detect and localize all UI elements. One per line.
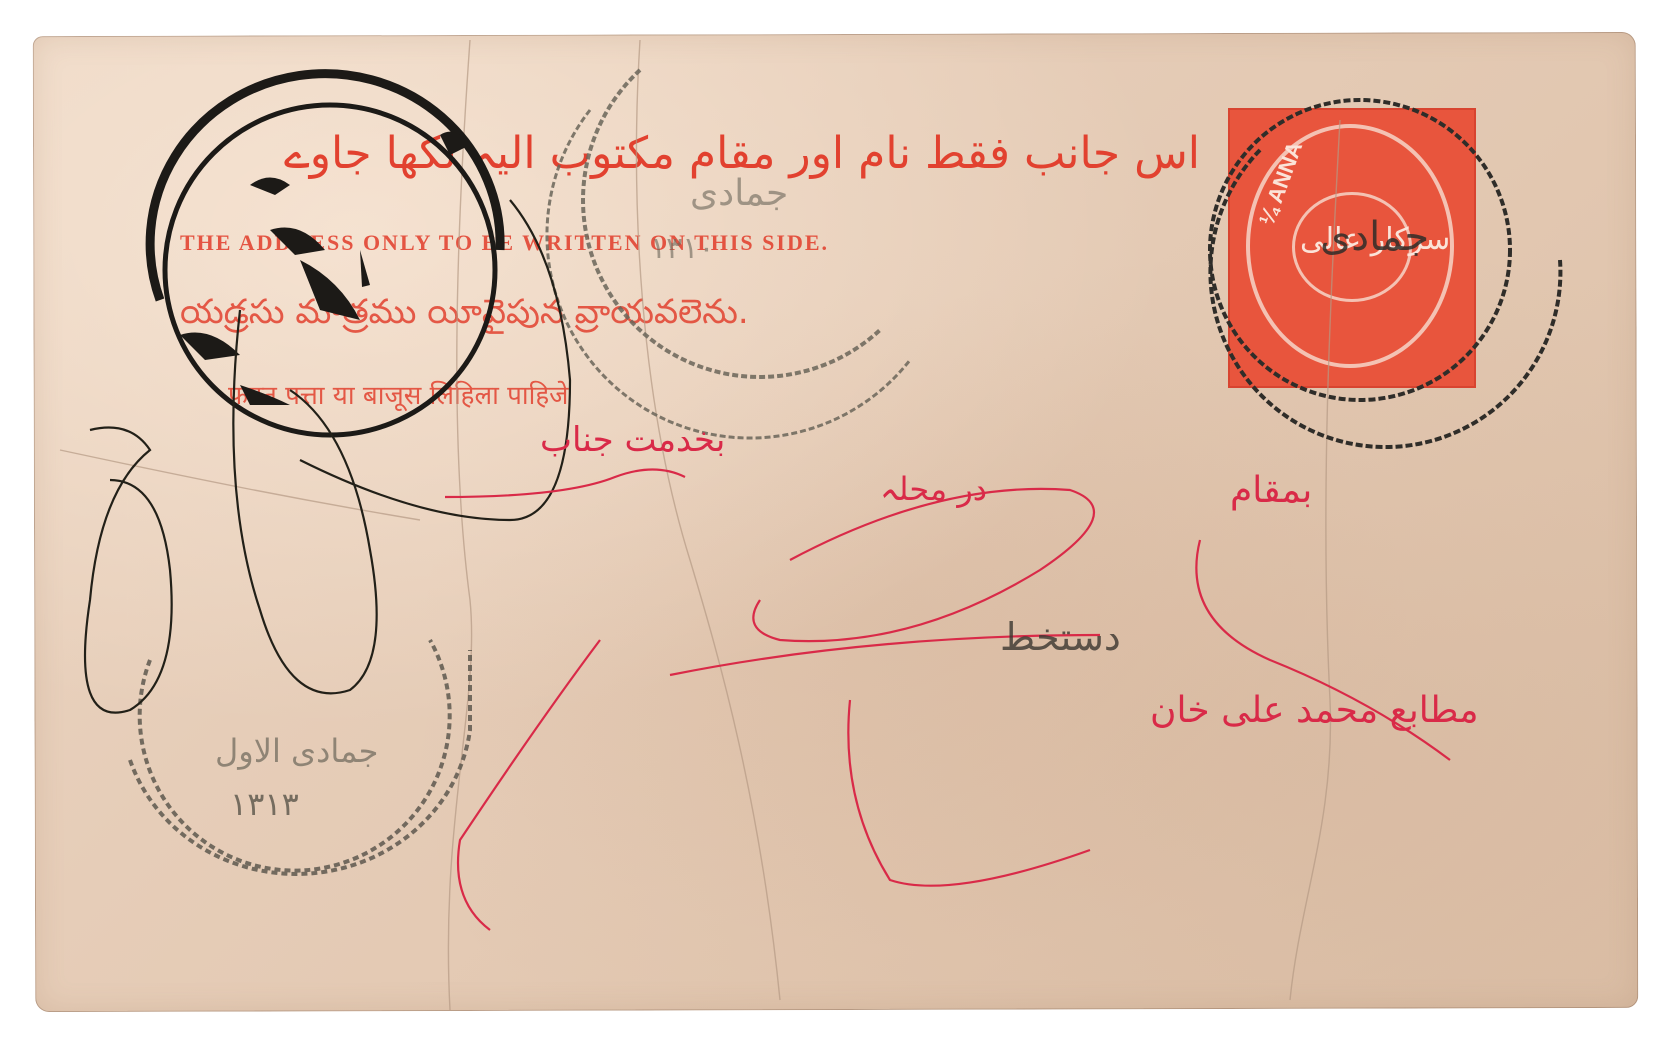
- handwritten-line-2: در محلہ: [880, 470, 987, 508]
- handwritten-line-1: بخدمت جناب: [540, 420, 725, 460]
- postmark-top-left-glyphs: [180, 132, 470, 405]
- handwritten-line-3: مطابع محمد علی خان: [1150, 690, 1479, 731]
- svg-text:١٣١٣: ١٣١٣: [230, 785, 299, 823]
- postmark-top-center: [547, 70, 910, 438]
- postmark-top-center-text: جمادی: [690, 173, 788, 214]
- handwritten-line-4: بمقام: [1230, 470, 1312, 511]
- markings-layer: جمادی ١٣١٠ جمادی جمادی الاول ١٣١٣: [0, 0, 1662, 1050]
- postmark-on-stamp: [1210, 100, 1560, 447]
- svg-text:جمادی: جمادی: [1320, 214, 1429, 260]
- svg-text:١٣١٠: ١٣١٠: [650, 231, 714, 266]
- handwritten-black-note: دستخط: [1000, 615, 1121, 659]
- postmark-top-left: [150, 74, 500, 435]
- svg-text:جمادی الاول: جمادی الاول: [215, 732, 378, 770]
